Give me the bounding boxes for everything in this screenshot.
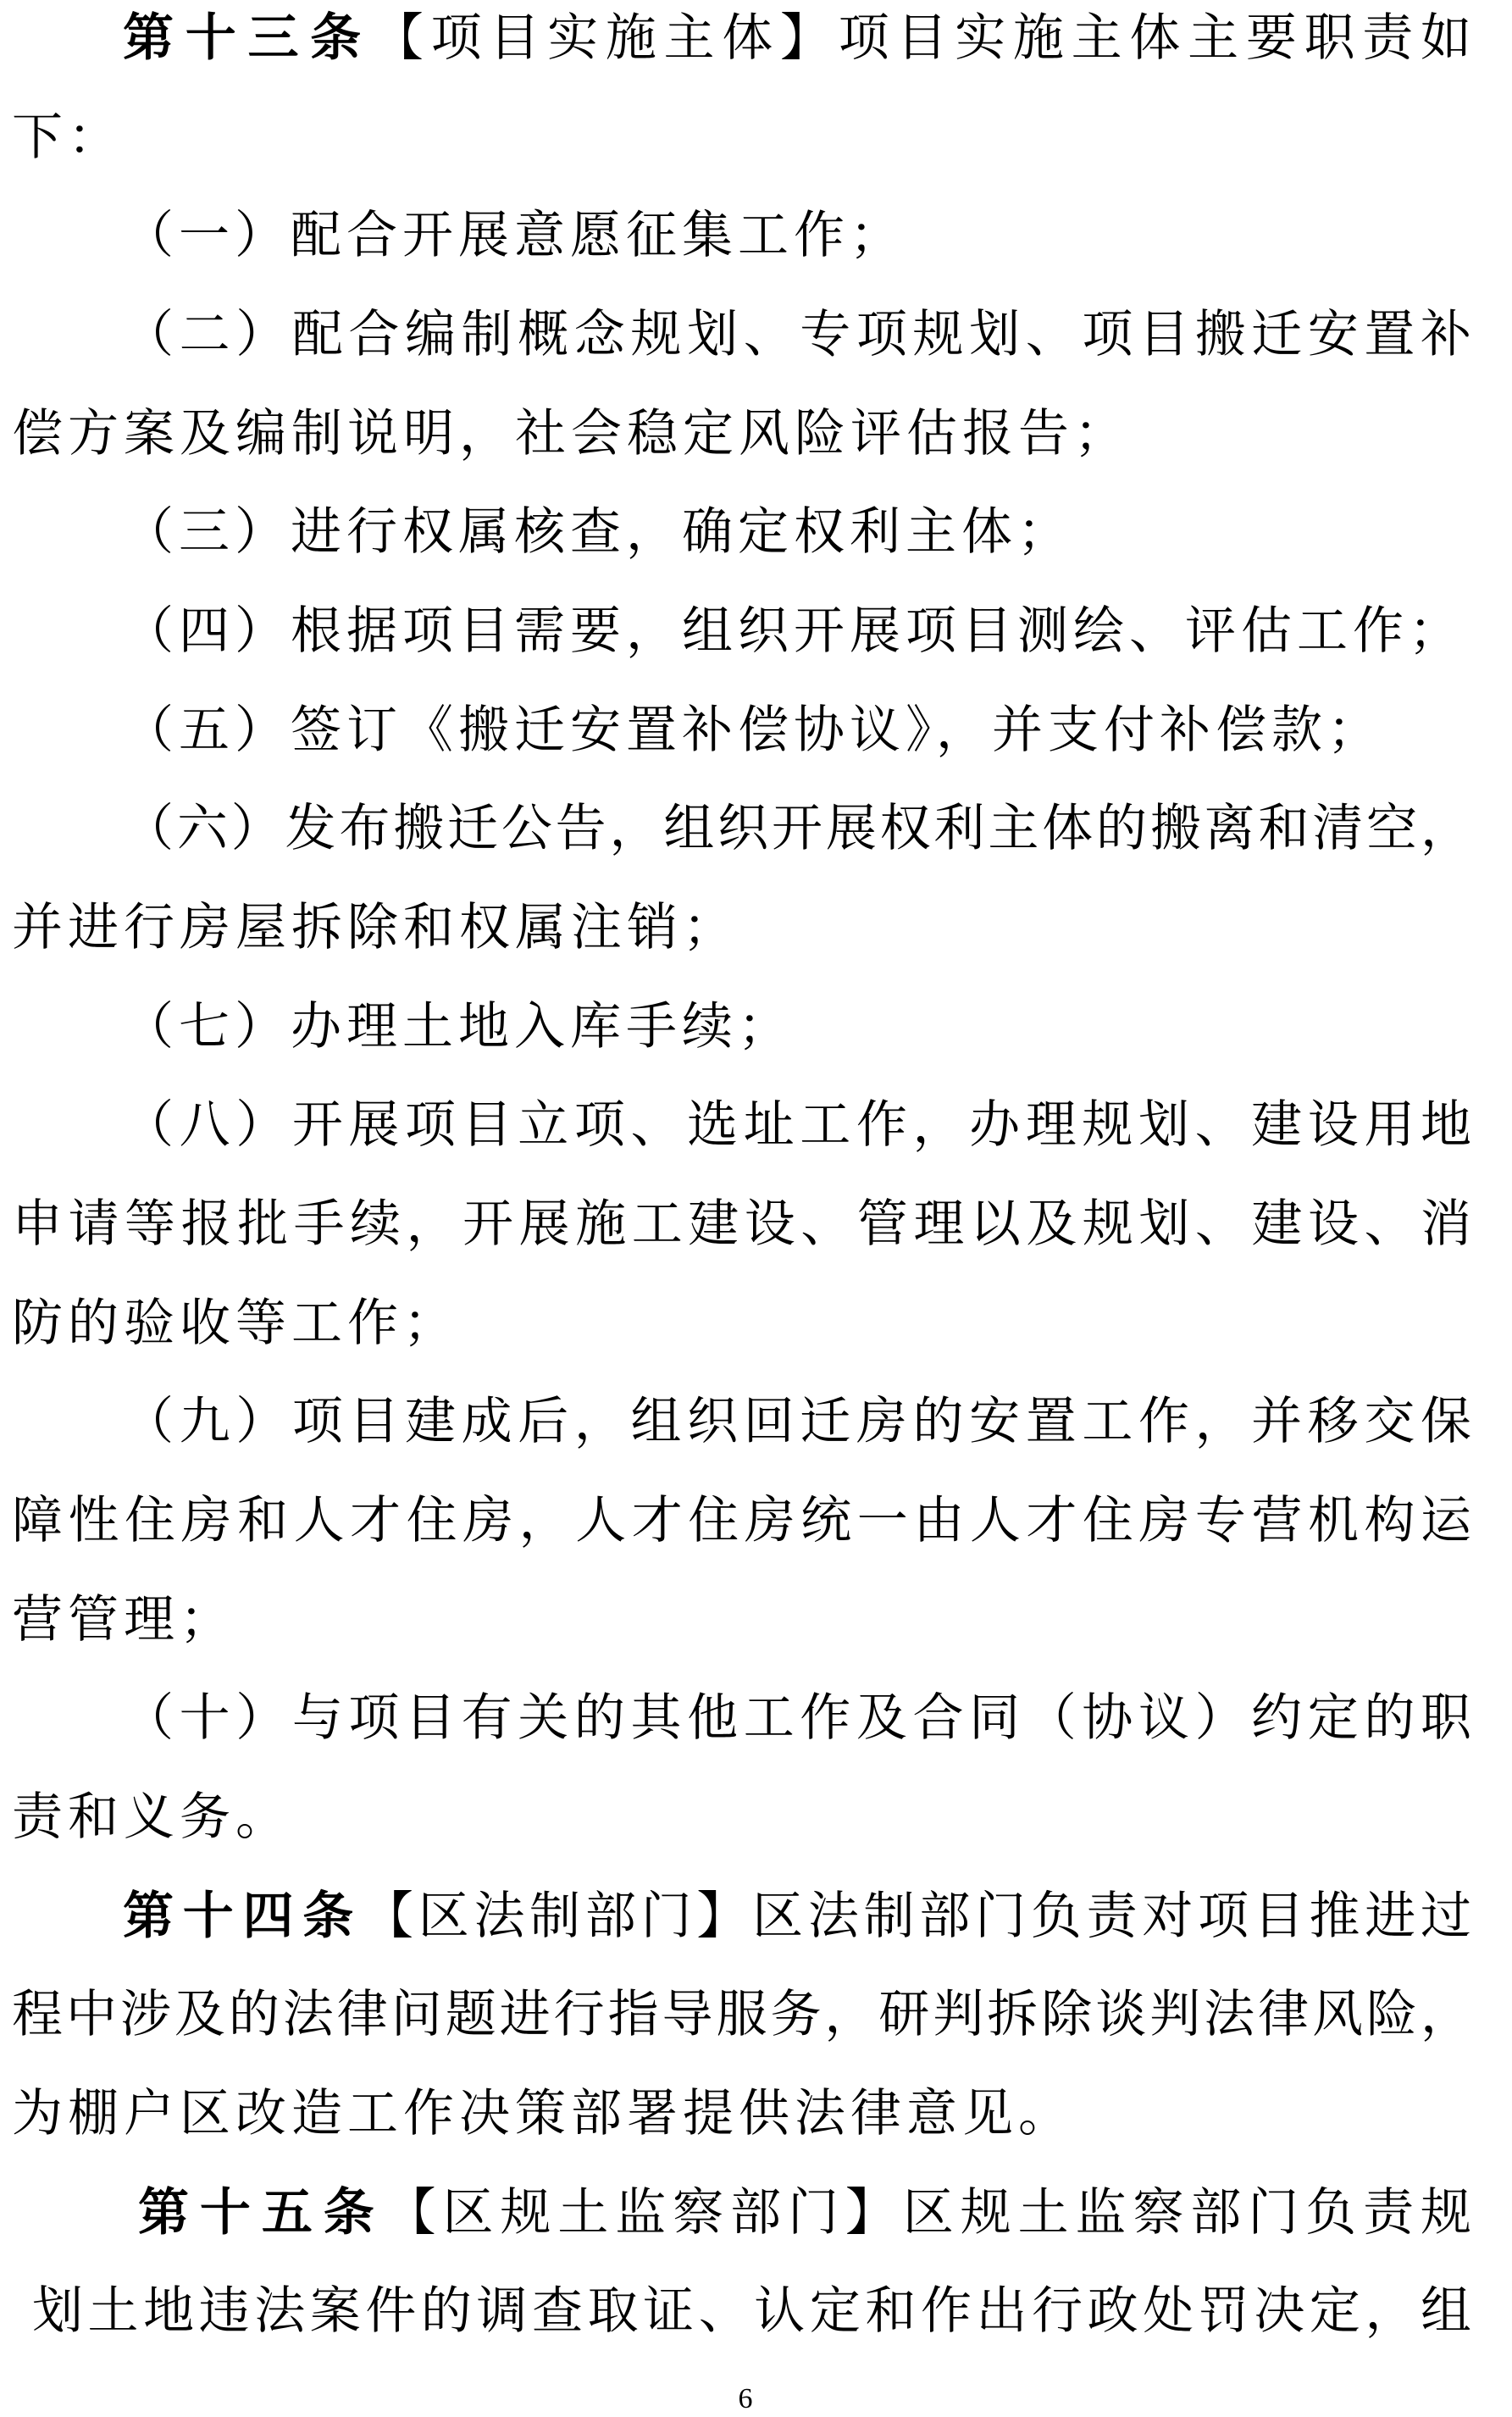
article-13-number: 第十三条 — [123, 8, 373, 68]
article-13-heading: 【项目实施主体】 — [373, 8, 839, 68]
article-15-heading: 【区规土监察部门】 — [385, 2183, 903, 2242]
article-14-line-1: 第十四条【区法制部门】区法制部门负责对项目推进过 — [123, 1882, 1471, 1950]
article-13-text: 项目实施主体主要职责如 — [839, 8, 1471, 68]
article-15-text: 区规土监察部门负责规 — [903, 2183, 1471, 2242]
item-1: （一）配合开展意愿征集工作； — [123, 202, 906, 269]
item-8-line-2: 申请等报批手续，开展施工建设、管理以及规划、建设、消 — [12, 1190, 1471, 1258]
item-6-line-2: 并进行房屋拆除和权属注销； — [12, 894, 739, 962]
article-15-line-1: 第十五条【区规土监察部门】区规土监察部门负责规 — [138, 2179, 1471, 2247]
item-10-line-1: （十）与项目有关的其他工作及合同（协议）约定的职 — [123, 1684, 1471, 1752]
item-4: （四）根据项目需要，组织开展项目测绘、评估工作； — [123, 597, 1465, 665]
article-14-line-2: 程中涉及的法律问题进行指导服务，研判拆除谈判法律风险， — [12, 1981, 1471, 2048]
item-9-line-3: 营管理； — [12, 1586, 235, 1654]
item-8-line-3: 防的验收等工作； — [12, 1289, 459, 1357]
article-15-line-2: 划土地违法案件的调查取证、认定和作出行政处罚决定，组 — [32, 2277, 1471, 2345]
article-14-heading: 【区法制部门】 — [363, 1887, 752, 1946]
article-13-line-1: 第十三条【项目实施主体】项目实施主体主要职责如 — [123, 4, 1471, 72]
item-6-line-1: （六）发布搬迁公告，组织开展权利主体的搬离和清空， — [123, 795, 1471, 862]
item-10-line-2: 责和义务。 — [12, 1783, 291, 1851]
article-14-number: 第十四条 — [123, 1887, 363, 1946]
item-9-line-1: （九）项目建成后，组织回迁房的安置工作，并移交保 — [123, 1388, 1471, 1455]
item-2-line-2: 偿方案及编制说明，社会稳定风险评估报告； — [12, 400, 1130, 468]
document-page: 第十三条【项目实施主体】项目实施主体主要职责如 下： （一）配合开展意愿征集工作… — [0, 0, 1512, 2417]
item-5: （五）签订《搬迁安置补偿协议》，并支付补偿款； — [123, 696, 1383, 764]
item-7: （七）办理土地入库手续； — [123, 993, 794, 1061]
item-9-line-2: 障性住房和人才住房，人才住房统一由人才住房专营机构运 — [12, 1487, 1471, 1555]
article-13-line-2: 下： — [12, 103, 124, 171]
page-number: 6 — [728, 2382, 762, 2416]
article-14-line-3: 为棚户区改造工作决策部署提供法律意见。 — [12, 2080, 1074, 2148]
item-3: （三）进行权属核查，确定权利主体； — [123, 498, 1073, 566]
article-15-number: 第十五条 — [138, 2183, 385, 2242]
article-14-text: 区法制部门负责对项目推进过 — [752, 1887, 1471, 1946]
item-2-line-1: （二）配合编制概念规划、专项规划、项目搬迁安置补 — [123, 301, 1471, 369]
item-8-line-1: （八）开展项目立项、选址工作，办理规划、建设用地 — [123, 1091, 1471, 1159]
